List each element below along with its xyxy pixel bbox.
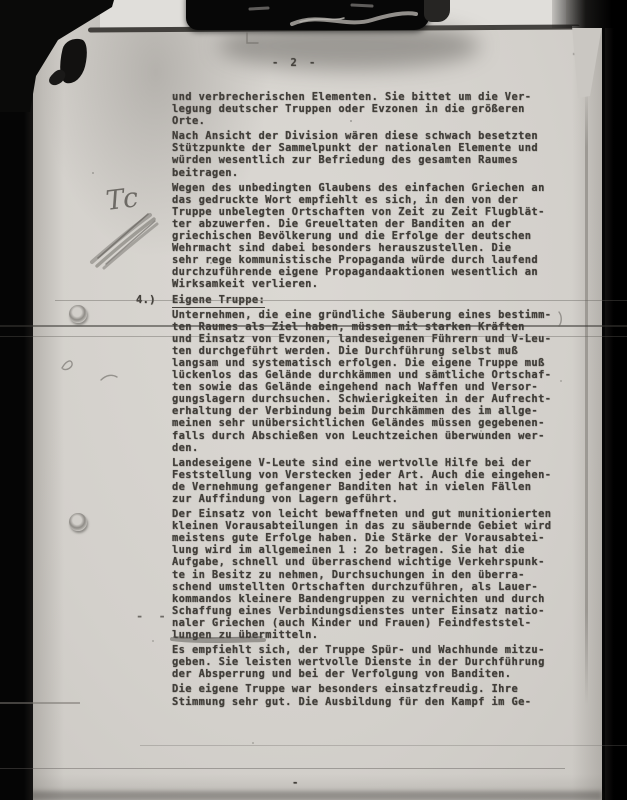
pencil-scribble-icon [92, 214, 157, 268]
microfilm-scan: - 2 - und verbrecherischen Elementen. Si… [0, 0, 627, 800]
pencil-underline-icon [172, 637, 264, 641]
pencil-marks-overlay [0, 0, 627, 800]
clip-highlight-icon [250, 5, 416, 24]
pencil-curl-icon [62, 33, 561, 380]
